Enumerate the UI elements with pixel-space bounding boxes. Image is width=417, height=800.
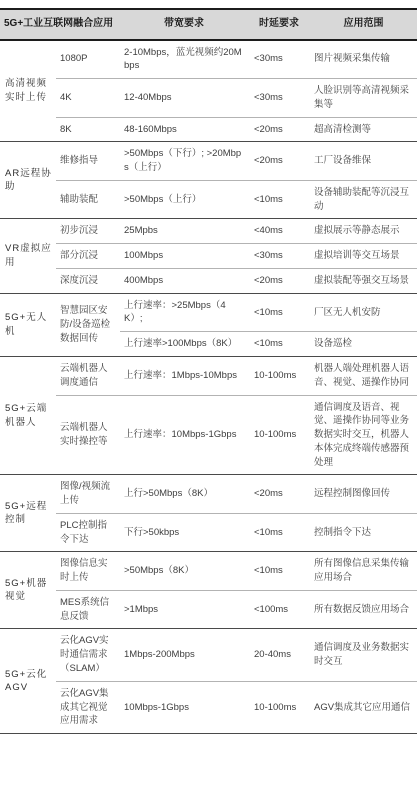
sub-label-cell: MES系统信息反馈 (56, 590, 120, 629)
scope-cell: 人脸识别等高清视频采集等 (310, 79, 417, 118)
latency-cell: <10ms (248, 180, 310, 219)
table-row: VR虚拟应用 初步沉浸 25Mpbs <40ms 虚拟展示等静态展示 (0, 219, 417, 244)
category-cell: AR远程协助 (0, 142, 56, 219)
bandwidth-cell: 上行>50Mbps（8K） (120, 475, 248, 514)
latency-cell: 10-100ms (248, 395, 310, 475)
table-row: 高清视频实时上传 1080P 2-10Mbps，蓝光视频约20Mbps <30m… (0, 40, 417, 79)
latency-cell: <100ms (248, 590, 310, 629)
latency-cell: 20-40ms (248, 629, 310, 681)
header-bandwidth: 带宽要求 (120, 9, 248, 40)
bandwidth-cell: 48-160Mbps (120, 117, 248, 142)
scope-cell: 虚拟装配等强交互场景 (310, 268, 417, 293)
latency-cell: 10-100ms (248, 356, 310, 395)
bandwidth-cell: >50Mbps（下行）; >20Mbps（上行） (120, 142, 248, 181)
category-cell: 高清视频实时上传 (0, 40, 56, 142)
scope-cell: 图片视频采集传输 (310, 40, 417, 79)
sub-label-cell: 云化AGV集成其它视觉应用需求 (56, 681, 120, 733)
bandwidth-cell: 25Mpbs (120, 219, 248, 244)
latency-cell: <20ms (248, 475, 310, 514)
bandwidth-cell: >50Mbps（上行） (120, 180, 248, 219)
bandwidth-cell: 下行>50kbps (120, 513, 248, 552)
table-row: 云化AGV集成其它视觉应用需求 10Mbps-1Gbps 10-100ms AG… (0, 681, 417, 733)
header-scope: 应用范围 (310, 9, 417, 40)
table-row: 4K 12-40Mbps <30ms 人脸识别等高清视频采集等 (0, 79, 417, 118)
header-application: 5G+工业互联网融合应用 (0, 9, 120, 40)
sub-label-cell: 8K (56, 117, 120, 142)
table-row: 5G+云化AGV 云化AGV实时通信需求（SLAM） 1Mbps-200Mbps… (0, 629, 417, 681)
table-row: 云端机器人实时操控等 上行速率：10Mbps-1Gbps 10-100ms 通信… (0, 395, 417, 475)
scope-cell: 虚拟展示等静态展示 (310, 219, 417, 244)
category-cell: 5G+云端机器人 (0, 356, 56, 474)
table-row: 深度沉浸 400Mbps <20ms 虚拟装配等强交互场景 (0, 268, 417, 293)
table-header-row: 5G+工业互联网融合应用 带宽要求 时延要求 应用范围 (0, 9, 417, 40)
sub-label-cell: 部分沉浸 (56, 244, 120, 269)
table-row: 5G+远程控制 图像/视频流上传 上行>50Mbps（8K） <20ms 远程控… (0, 475, 417, 514)
scope-cell: 通信调度及业务数据实时交互 (310, 629, 417, 681)
bandwidth-cell: >50Mbps（8K） (120, 552, 248, 591)
sub-label-cell: 智慧园区安防/设备巡检数据回传 (56, 293, 120, 356)
sub-label-cell: 云端机器人调度通信 (56, 356, 120, 395)
latency-cell: <20ms (248, 268, 310, 293)
bandwidth-cell: 上行速率：>25Mbps（4K）; (120, 293, 248, 332)
category-cell: 5G+无人机 (0, 293, 56, 356)
scope-cell: 虚拟培训等交互场景 (310, 244, 417, 269)
table-row: PLC控制指令下达 下行>50kbps <10ms 控制指令下达 (0, 513, 417, 552)
category-cell: VR虚拟应用 (0, 219, 56, 293)
sub-label-cell: 初步沉浸 (56, 219, 120, 244)
scope-cell: 远程控制图像回传 (310, 475, 417, 514)
bandwidth-cell: 上行速率：1Mbps-10Mbps (120, 356, 248, 395)
latency-cell: <10ms (248, 513, 310, 552)
scope-cell: 通信调度及语音、视觉、遥操作协同等业务数据实时交互，机器人本体完成终端传感器预处… (310, 395, 417, 475)
latency-cell: <20ms (248, 142, 310, 181)
category-cell: 5G+远程控制 (0, 475, 56, 552)
sub-label-cell: 图像信息实时上传 (56, 552, 120, 591)
document-page: 5G+工业互联网融合应用 带宽要求 时延要求 应用范围 高清视频实时上传 108… (0, 0, 417, 734)
fusion-application-table: 5G+工业互联网融合应用 带宽要求 时延要求 应用范围 高清视频实时上传 108… (0, 8, 417, 734)
latency-cell: <30ms (248, 244, 310, 269)
sub-label-cell: 云端机器人实时操控等 (56, 395, 120, 475)
scope-cell: 机器人端处理机器人语音、视觉、遥操作协同 (310, 356, 417, 395)
latency-cell: <10ms (248, 332, 310, 357)
header-latency: 时延要求 (248, 9, 310, 40)
table-row: 8K 48-160Mbps <20ms 超高清检测等 (0, 117, 417, 142)
category-cell: 5G+机器视觉 (0, 552, 56, 629)
sub-label-cell: PLC控制指令下达 (56, 513, 120, 552)
sub-label-cell: 4K (56, 79, 120, 118)
table-row: 部分沉浸 100Mbps <30ms 虚拟培训等交互场景 (0, 244, 417, 269)
bandwidth-cell: 10Mbps-1Gbps (120, 681, 248, 733)
table-row: MES系统信息反馈 >1Mbps <100ms 所有数据反馈应用场合 (0, 590, 417, 629)
scope-cell: 超高清检测等 (310, 117, 417, 142)
bandwidth-cell: 2-10Mbps，蓝光视频约20Mbps (120, 40, 248, 79)
table-row: 辅助装配 >50Mbps（上行） <10ms 设备辅助装配等沉浸互动 (0, 180, 417, 219)
latency-cell: <40ms (248, 219, 310, 244)
table-row: AR远程协助 维修指导 >50Mbps（下行）; >20Mbps（上行） <20… (0, 142, 417, 181)
bandwidth-cell: 100Mbps (120, 244, 248, 269)
scope-cell: 控制指令下达 (310, 513, 417, 552)
table-row: 5G+无人机 智慧园区安防/设备巡检数据回传 上行速率：>25Mbps（4K）;… (0, 293, 417, 332)
category-cell: 5G+云化AGV (0, 629, 56, 734)
bandwidth-cell: >1Mbps (120, 590, 248, 629)
latency-cell: <30ms (248, 79, 310, 118)
bandwidth-cell: 上行速率>100Mbps（8K） (120, 332, 248, 357)
scope-cell: 设备巡检 (310, 332, 417, 357)
table-row: 5G+云端机器人 云端机器人调度通信 上行速率：1Mbps-10Mbps 10-… (0, 356, 417, 395)
scope-cell: 所有数据反馈应用场合 (310, 590, 417, 629)
latency-cell: <10ms (248, 552, 310, 591)
sub-label-cell: 云化AGV实时通信需求（SLAM） (56, 629, 120, 681)
latency-cell: <10ms (248, 293, 310, 332)
sub-label-cell: 深度沉浸 (56, 268, 120, 293)
latency-cell: <20ms (248, 117, 310, 142)
scope-cell: 厂区无人机安防 (310, 293, 417, 332)
scope-cell: 工厂设备维保 (310, 142, 417, 181)
scope-cell: 所有图像信息采集传输应用场合 (310, 552, 417, 591)
table-row: 5G+机器视觉 图像信息实时上传 >50Mbps（8K） <10ms 所有图像信… (0, 552, 417, 591)
sub-label-cell: 辅助装配 (56, 180, 120, 219)
latency-cell: 10-100ms (248, 681, 310, 733)
bandwidth-cell: 12-40Mbps (120, 79, 248, 118)
bandwidth-cell: 1Mbps-200Mbps (120, 629, 248, 681)
scope-cell: 设备辅助装配等沉浸互动 (310, 180, 417, 219)
latency-cell: <30ms (248, 40, 310, 79)
bandwidth-cell: 上行速率：10Mbps-1Gbps (120, 395, 248, 475)
scope-cell: AGV集成其它应用通信 (310, 681, 417, 733)
sub-label-cell: 1080P (56, 40, 120, 79)
sub-label-cell: 维修指导 (56, 142, 120, 181)
bandwidth-cell: 400Mbps (120, 268, 248, 293)
sub-label-cell: 图像/视频流上传 (56, 475, 120, 514)
